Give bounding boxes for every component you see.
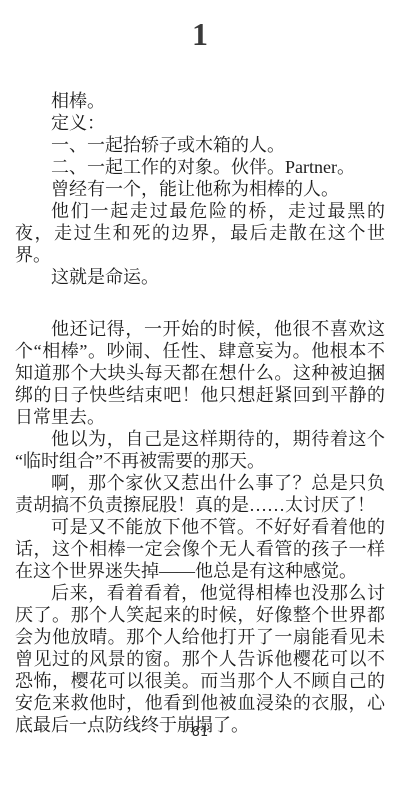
paragraph: 他还记得，一开始的时候，他很不喜欢这个“相棒”。吵闹、任性、肆意妄为。他根本不知… — [15, 318, 385, 428]
chapter-number-heading: 1 — [0, 0, 400, 52]
paragraph: 他们一起走过最危险的桥，走过最黑的夜，走过生和死的边界，最后走散在这个世界。 — [15, 200, 385, 266]
paragraph: 二、一起工作的对象。伙伴。Partner。 — [15, 156, 385, 178]
page-number: 81 — [0, 725, 400, 741]
paragraph: 可是又不能放下他不管。不好好看着他的话，这个相棒一定会像个无人看管的孩子一样在这… — [15, 516, 385, 582]
paragraph: 他以为，自己是这样期待的，期待着这个“临时组合”不再被需要的那天。 — [15, 428, 385, 472]
paragraph: 一、一起抬轿子或木箱的人。 — [15, 134, 385, 156]
paragraph: 曾经有一个，能让他称为相棒的人。 — [15, 178, 385, 200]
story-section: 他还记得，一开始的时候，他很不喜欢这个“相棒”。吵闹、任性、肆意妄为。他根本不知… — [15, 318, 385, 736]
book-page[interactable]: 1 相棒。定义：一、一起抬轿子或木箱的人。二、一起工作的对象。伙伴。Partne… — [0, 0, 400, 800]
definition-section: 相棒。定义：一、一起抬轿子或木箱的人。二、一起工作的对象。伙伴。Partner。… — [15, 90, 385, 288]
paragraph: 相棒。 — [15, 90, 385, 112]
body-text: 相棒。定义：一、一起抬轿子或木箱的人。二、一起工作的对象。伙伴。Partner。… — [15, 90, 385, 736]
paragraph: 啊，那个家伙又惹出什么事了？总是只负责胡搞不负责擦屁股！真的是……太讨厌了！ — [15, 472, 385, 516]
paragraph: 这就是命运。 — [15, 266, 385, 288]
paragraph: 定义： — [15, 112, 385, 134]
paragraph: 后来，看着看着，他觉得相棒也没那么讨厌了。那个人笑起来的时候，好像整个世界都会为… — [15, 582, 385, 736]
